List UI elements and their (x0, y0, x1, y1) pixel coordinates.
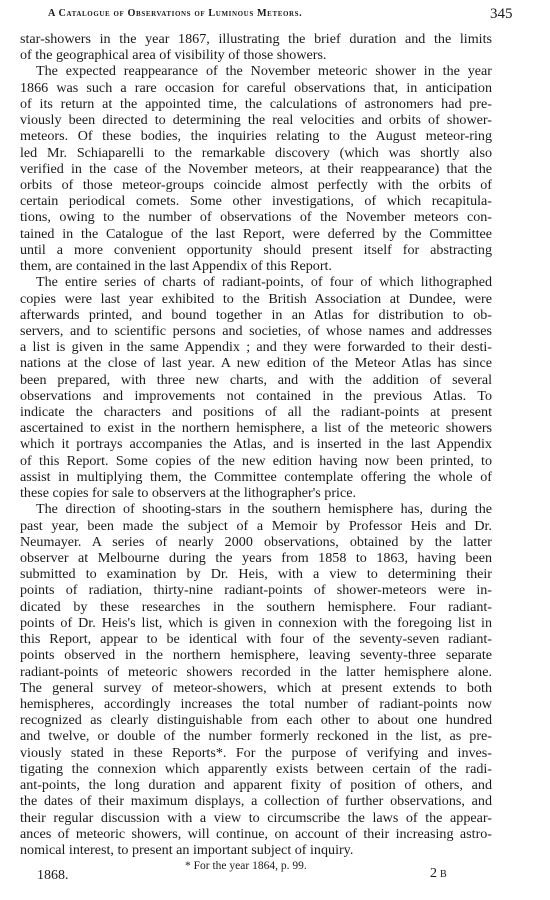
text-line: viously stated in these Reports*. For th… (20, 745, 492, 761)
signature-number: 2 (430, 866, 437, 881)
text-line: past year, been made the subject of a Me… (20, 518, 492, 534)
text-line: recognized as clearly distinguishable fr… (20, 712, 492, 728)
text-line: certain periodical comets. Some other in… (20, 193, 492, 209)
body-text: star-showers in the year 1867, illustrat… (20, 31, 492, 858)
paragraph: The entire series of charts of radiant-p… (20, 274, 492, 501)
paragraph: The direction of shooting-stars in the s… (20, 501, 492, 858)
text-line: been prepared, with three new charts, an… (20, 372, 492, 388)
text-line: of the geographical area of visibility o… (20, 47, 492, 63)
text-line: afterwards printed, and bound together i… (20, 307, 492, 323)
text-line: until a more convenient opportunity shou… (20, 242, 492, 258)
text-line: of its return at the appointed time, the… (20, 96, 492, 112)
text-line: tained in the Catalogue of the last Repo… (20, 226, 492, 242)
text-line: The expected reappearance of the Novembe… (20, 63, 492, 79)
text-line: nations at the close of last year. A new… (20, 355, 492, 371)
text-line: a list is given in the same Appendix ; a… (20, 339, 492, 355)
text-line: viously been directed to determining the… (20, 112, 492, 128)
text-line: servers, and to scientific persons and s… (20, 323, 492, 339)
text-line: them, are contained in the last Appendix… (20, 258, 492, 274)
text-line: these copies for sale to observers at th… (20, 485, 492, 501)
paragraph: star-showers in the year 1867, illustrat… (20, 31, 492, 63)
page-number: 345 (490, 6, 513, 23)
footnote: * For the year 1864, p. 99. (185, 860, 307, 872)
text-line: Neumayer. A series of nearly 2000 observ… (20, 534, 492, 550)
text-line: tigating the connexion which apparently … (20, 761, 492, 777)
text-line: submitted to examination by Dr. Heis, wi… (20, 566, 492, 582)
text-line: points of Dr. Heis's list, which is give… (20, 615, 492, 631)
text-line: dicated by these researches in the south… (20, 599, 492, 615)
text-line: meteors. Of these bodies, the inquiries … (20, 128, 492, 144)
text-line: hemispheres, accordingly increases the t… (20, 696, 492, 712)
text-line: this Report, appear to be identical with… (20, 631, 492, 647)
text-line: the dates of their maximum displays, a c… (20, 793, 492, 809)
footer-year: 1868. (37, 868, 69, 884)
text-line: of this Report. Some copies of the new e… (20, 453, 492, 469)
paragraph: The expected reappearance of the Novembe… (20, 63, 492, 274)
text-line: 1866 was such a rare occasion for carefu… (20, 80, 492, 96)
text-line: verified in the case of the November met… (20, 161, 492, 177)
text-line: indicate the characters and positions of… (20, 404, 492, 420)
text-line: points observed in the northern hemisphe… (20, 647, 492, 663)
text-line: The general survey of meteor-showers, wh… (20, 680, 492, 696)
text-line: observer at Melbourne during the years f… (20, 550, 492, 566)
text-line: copies were last year exhibited to the B… (20, 291, 492, 307)
text-line: assist in multiplying them, the Committe… (20, 469, 492, 485)
text-line: led Mr. Schiaparelli to the remarkable d… (20, 145, 492, 161)
text-line: ant-points, the long duration and appare… (20, 777, 492, 793)
text-line: radiant-points of meteoric showers recor… (20, 664, 492, 680)
text-line: tions, owing to the number of observatio… (20, 209, 492, 225)
text-line: The entire series of charts of radiant-p… (20, 274, 492, 290)
text-line: The direction of shooting-stars in the s… (20, 501, 492, 517)
text-line: points of radiation, thirty-nine radiant… (20, 582, 492, 598)
text-line: star-showers in the year 1867, illustrat… (20, 31, 492, 47)
printer-signature: 2B (430, 866, 447, 882)
text-line: orbits of those meteor-groups coincide a… (20, 177, 492, 193)
running-head: A Catalogue of Observations of Luminous … (0, 6, 550, 26)
text-line: ances of meteoric showers, will continue… (20, 826, 492, 842)
text-line: nomical interest, to present an importan… (20, 842, 492, 858)
running-title: A Catalogue of Observations of Luminous … (48, 8, 302, 19)
text-line: observations and improvements not contai… (20, 388, 492, 404)
text-line: their regular discussion with a view to … (20, 810, 492, 826)
signature-letter: B (440, 869, 447, 880)
text-line: ascertained to exist in the northern hem… (20, 420, 492, 436)
text-line: which it portrays accompanies the Atlas,… (20, 436, 492, 452)
text-line: and twelve, or double of the number form… (20, 728, 492, 744)
